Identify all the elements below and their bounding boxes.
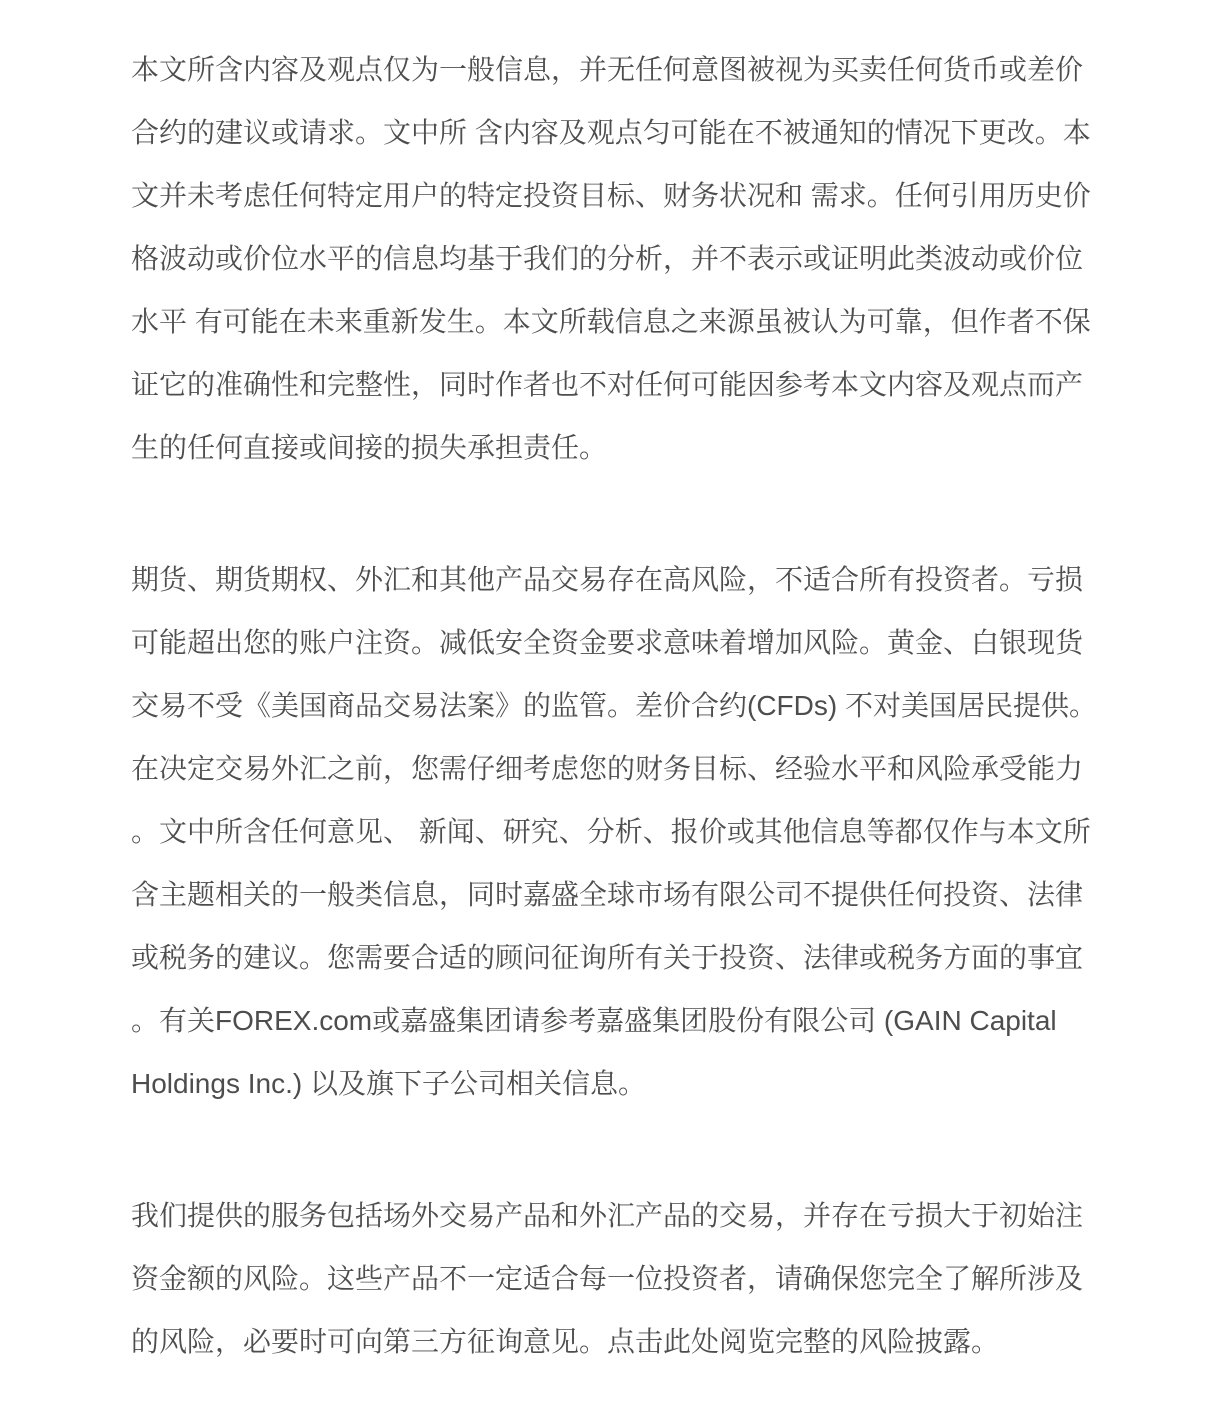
risk-disclosure-link[interactable]: 点击此处 (607, 1326, 719, 1357)
text-segment: 阅览完整的风险披露。 (719, 1326, 999, 1357)
text-line: 在决定交易外汇之前，您需仔细考虑您的财务目标、经验水平和风险承受能力 (131, 737, 1080, 800)
text-line: 生的任何直接或间接的损失承担责任。 (131, 416, 1080, 479)
disclaimer-document: 本文所含内容及观点仅为一般信息，并无任何意图被视为买卖任何货币或差价 合约的建议… (0, 0, 1208, 1373)
text-line: Holdings Inc.) 以及旗下子公司相关信息。 (131, 1052, 1080, 1115)
text-line: 。文中所含任何意见、 新闻、研究、分析、报价或其他信息等都仅作与本文所 (131, 800, 1080, 863)
text-line: 交易不受《美国商品交易法案》的监管。差价合约(CFDs) 不对美国居民提供。 (131, 674, 1080, 737)
text-line: 证它的准确性和完整性，同时作者也不对任何可能因参考本文内容及观点而产 (131, 353, 1080, 416)
text-line: 我们提供的服务包括场外交易产品和外汇产品的交易，并存在亏损大于初始注 (131, 1184, 1080, 1247)
text-line: 含主题相关的一般类信息，同时嘉盛全球市场有限公司不提供任何投资、法律 (131, 863, 1080, 926)
text-line: 期货、期货期权、外汇和其他产品交易存在高风险，不适合所有投资者。亏损 (131, 548, 1080, 611)
text-line: 水平 有可能在未来重新发生。本文所载信息之来源虽被认为可靠，但作者不保 (131, 290, 1080, 353)
text-line: 合约的建议或请求。文中所 含内容及观点匀可能在不被通知的情况下更改。本 (131, 101, 1080, 164)
text-line: 。有关FOREX.com或嘉盛集团请参考嘉盛集团股份有限公司 (GAIN Cap… (131, 989, 1080, 1052)
text-line: 或税务的建议。您需要合适的顾问征询所有关于投资、法律或税务方面的事宜 (131, 926, 1080, 989)
text-segment: 的风险，必要时可向第三方征询意见。 (131, 1326, 607, 1357)
paragraph-high-risk-warning: 期货、期货期权、外汇和其他产品交易存在高风险，不适合所有投资者。亏损 可能超出您… (131, 548, 1080, 1115)
text-line: 格波动或价位水平的信息均基于我们的分析，并不表示或证明此类波动或价位 (131, 227, 1080, 290)
text-line: 本文所含内容及观点仅为一般信息，并无任何意图被视为买卖任何货币或差价 (131, 38, 1080, 101)
text-line: 文并未考虑任何特定用户的特定投资目标、财务状况和 需求。任何引用历史价 (131, 164, 1080, 227)
text-line: 的风险，必要时可向第三方征询意见。点击此处阅览完整的风险披露。 (131, 1310, 1080, 1373)
text-line: 资金额的风险。这些产品不一定适合每一位投资者，请确保您完全了解所涉及 (131, 1247, 1080, 1310)
paragraph-otc-products-risk: 我们提供的服务包括场外交易产品和外汇产品的交易，并存在亏损大于初始注 资金额的风… (131, 1184, 1080, 1373)
text-line: 可能超出您的账户注资。减低安全资金要求意味着增加风险。黄金、白银现货 (131, 611, 1080, 674)
paragraph-general-information-disclaimer: 本文所含内容及观点仅为一般信息，并无任何意图被视为买卖任何货币或差价 合约的建议… (131, 38, 1080, 479)
